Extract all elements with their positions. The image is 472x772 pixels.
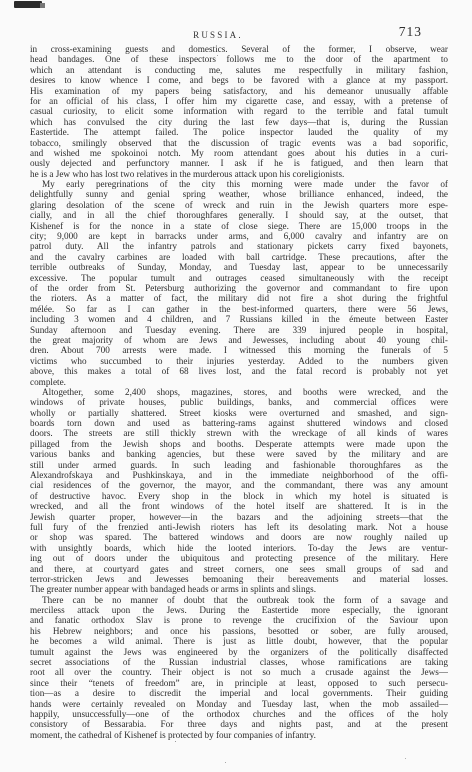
text-line: and there, at courtyard gates and street… — [30, 564, 448, 574]
text-line: terrible outbreaks of Sunday, Monday, an… — [30, 262, 448, 272]
text-line: the great majority of whom are Jews and … — [30, 335, 448, 345]
scan-speck-artifacts — [175, 741, 176, 742]
text-line: which an attendant is conducting me, sal… — [30, 65, 448, 75]
text-line: patrol duty. All the infantry patrols an… — [30, 241, 448, 251]
text-line: The greater number appear with bandaged … — [30, 584, 448, 594]
text-line: the rioters. As a matter of fact, the mi… — [30, 293, 448, 303]
text-line: glaring desolation of the scene of wreck… — [30, 200, 448, 210]
text-line: Eastertide. The attempt failed. The poli… — [30, 127, 448, 137]
text-line: secret associations of the Russian indus… — [30, 657, 448, 667]
text-line: ing out of doors under the ubiquitous an… — [30, 553, 448, 563]
text-line: he is a Jew who has lost two relatives i… — [30, 169, 448, 179]
text-line: Sunday afternoon and Tuesday evening. Th… — [30, 325, 448, 335]
text-line: of the order from St. Petersburg authori… — [30, 283, 448, 293]
text-line: Kishenef is for the nonce in a state of … — [30, 221, 448, 231]
text-line: His examination of my papers being satis… — [30, 86, 448, 96]
text-line: ously dejected and perfunctory manner. I… — [30, 158, 448, 168]
text-line: dren. About 700 arrests were made. I wit… — [30, 345, 448, 355]
text-line: for an official of his class, I offer hi… — [30, 96, 448, 106]
text-line: Jewish quarter proper, however—in the ba… — [30, 512, 448, 522]
text-line: wholly or partially shattered. Street ki… — [30, 408, 448, 418]
text-line: desires to know whence I come, and begs … — [30, 75, 448, 85]
text-line: wrecked, and all the front windows of th… — [30, 501, 448, 511]
text-line: root all over the country. Their object … — [30, 667, 448, 677]
text-line: windows of private houses, public buildi… — [30, 397, 448, 407]
text-line: consistory of Bessarabia. For three days… — [30, 719, 448, 729]
text-line: cially, and in all the chief thoroughfar… — [30, 210, 448, 220]
text-line: pillaged from the Jewish shops and booth… — [30, 439, 448, 449]
text-line: since their “tenets of freedom” are, in … — [30, 678, 448, 688]
text-line: complete. — [30, 377, 448, 387]
text-line: hands were certainly revealed on Monday … — [30, 699, 448, 709]
text-line: head bandages. One of these inspectors f… — [30, 54, 448, 64]
text-line: in cross-examining guests and domestics.… — [30, 44, 448, 54]
scan-smudge-artifact — [14, 1, 42, 8]
text-line: above, this makes a total of 68 lives lo… — [30, 366, 448, 376]
text-line: tion—as a desire to discredit the imperi… — [30, 688, 448, 698]
text-line: and wished me spokoinoi notch. My room a… — [30, 148, 448, 158]
document-page: RUSSIA. 713 in cross-examining guests an… — [0, 0, 472, 772]
text-line: mélée. So far as I can gather in the bes… — [30, 304, 448, 314]
text-line: which has convulsed the city during the … — [30, 117, 448, 127]
text-line: merciless attack upon the Jews. During t… — [30, 605, 448, 615]
text-line: or shop was spared. The battered windows… — [30, 532, 448, 542]
text-line: he becomes a wild animal. There is just … — [30, 636, 448, 646]
text-line: with unsightly boards, which hide the lo… — [30, 543, 448, 553]
text-line: delightfully sunny and genial spring wea… — [30, 189, 448, 199]
text-line: Altogether, some 2,400 shops, magazines,… — [30, 387, 448, 397]
text-line: cial residences of the governor, the may… — [30, 480, 448, 490]
page-body-text: in cross-examining guests and domestics.… — [30, 44, 448, 740]
text-line: My early peregrinations of the city this… — [30, 179, 448, 189]
text-line: casual curiosity, to elicit some informa… — [30, 106, 448, 116]
text-line: and the cavalry carbines are loaded with… — [30, 252, 448, 262]
text-line: city; 9,000 are kept in barracks under a… — [30, 231, 448, 241]
text-line: tobacco, smilingly observed that the dis… — [30, 138, 448, 148]
text-line: still under armed guards. In such leadin… — [30, 460, 448, 470]
text-line: various banks and banking agencies, but … — [30, 449, 448, 459]
text-line: his Hebrew neighbors; and once his passi… — [30, 626, 448, 636]
running-head: RUSSIA. — [9, 30, 427, 40]
text-line: There can be no manner of doubt that the… — [30, 595, 448, 605]
text-line: happily, unsuccessfully—one of the ortho… — [30, 709, 448, 719]
text-line: tumult against the Jews was engineered b… — [30, 647, 448, 657]
text-line: and fanatic orthodox Slav is prone to re… — [30, 615, 448, 625]
text-line: boards torn down and used as battering-r… — [30, 418, 448, 428]
page-number: 713 — [399, 24, 422, 40]
text-line: doors. The streets are still thickly str… — [30, 428, 448, 438]
text-line: excessive. The popular tumult and outrag… — [30, 273, 448, 283]
page-header: RUSSIA. 713 — [30, 26, 448, 44]
text-line: terror-stricken Jews and Jewesses bemoan… — [30, 574, 448, 584]
text-line: of destructive havoc. Every shop in the … — [30, 491, 448, 501]
text-line: Alexandrofskaya and Pushkinskaya, and in… — [30, 470, 448, 480]
text-line: moment, the cathedral of Kishenef is pro… — [30, 730, 448, 740]
text-line: full fury of the frenzied anti-Jewish ri… — [30, 522, 448, 532]
text-line: victims who succumbed to their injuries … — [30, 356, 448, 366]
text-line: including 3 women and 4 children, and 7 … — [30, 314, 448, 324]
